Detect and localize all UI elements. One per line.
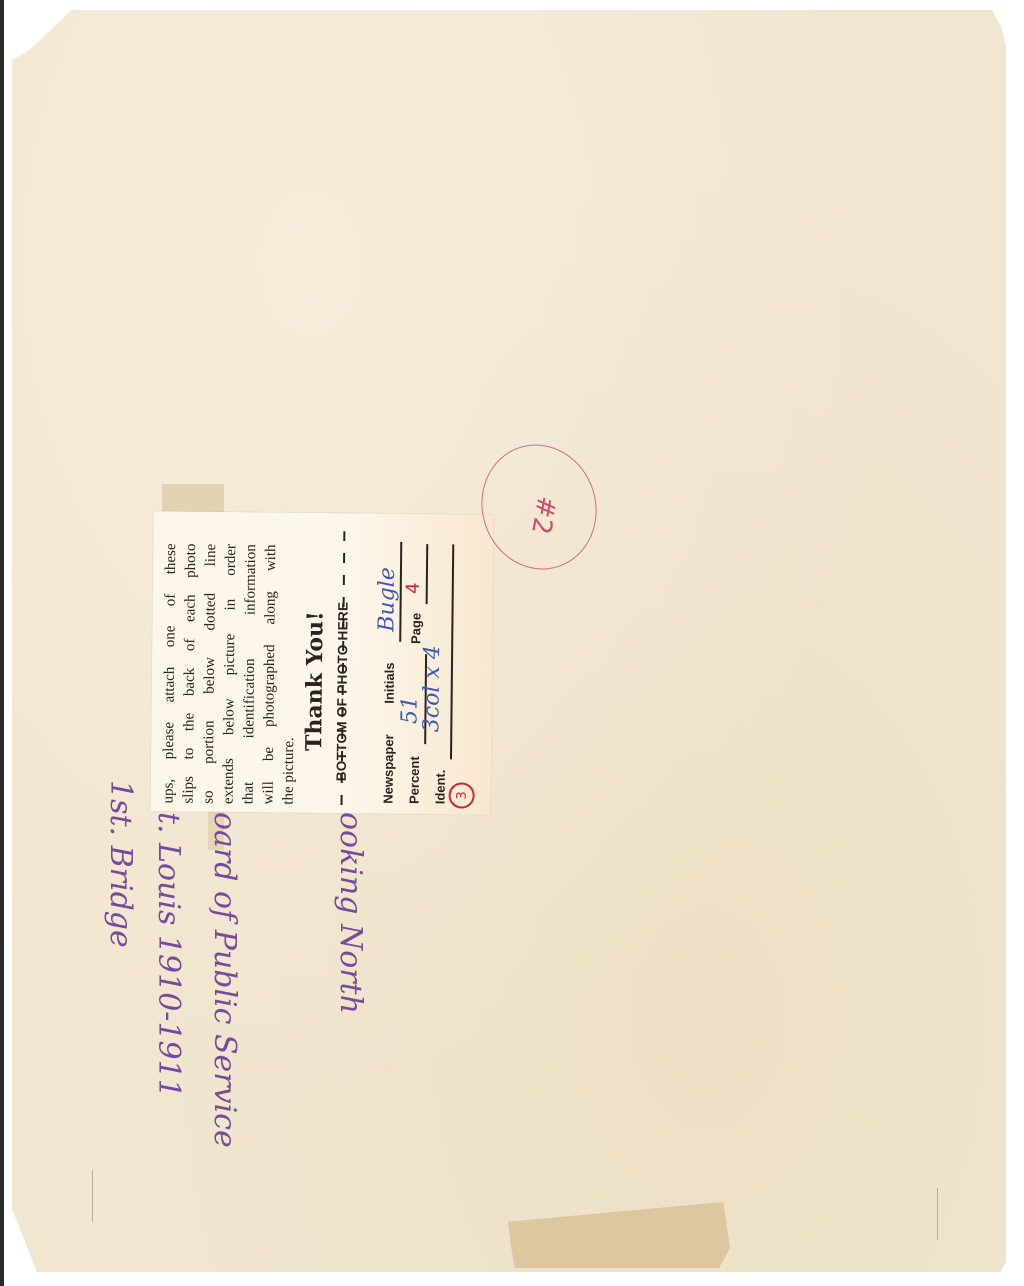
ident-value: 3col x 4 [419,645,445,732]
percent-label: Percent [407,756,422,804]
ident-label: Ident. [433,769,448,804]
page-value: 4 [403,582,424,594]
scan-edge [0,0,4,1286]
handwritten-note-1st-bridge: 1st. Bridge [103,780,138,948]
initials-value: Bugle [374,567,400,632]
handwritten-note-looking-north: ooking North [333,812,368,1014]
identification-slip: ups, please attach one of these slips to… [150,511,493,815]
thank-you-heading: Thank You! [301,611,328,751]
circled-number-annotation: 3 [448,782,474,808]
newspaper-label: Newspaper [381,734,397,804]
crease-mark [937,1188,938,1240]
crease-mark [92,1170,93,1222]
page-label: Page [408,613,423,644]
handwritten-note-board-of-public-service: oard of Public Service [207,812,242,1148]
tape-piece-top [162,484,224,514]
initials-label: Initials [382,662,397,703]
handwritten-note-st-louis-dates: t. Louis 1910-1911 [151,812,186,1098]
slip-instructions: ups, please attach one of these slips to… [159,543,302,804]
